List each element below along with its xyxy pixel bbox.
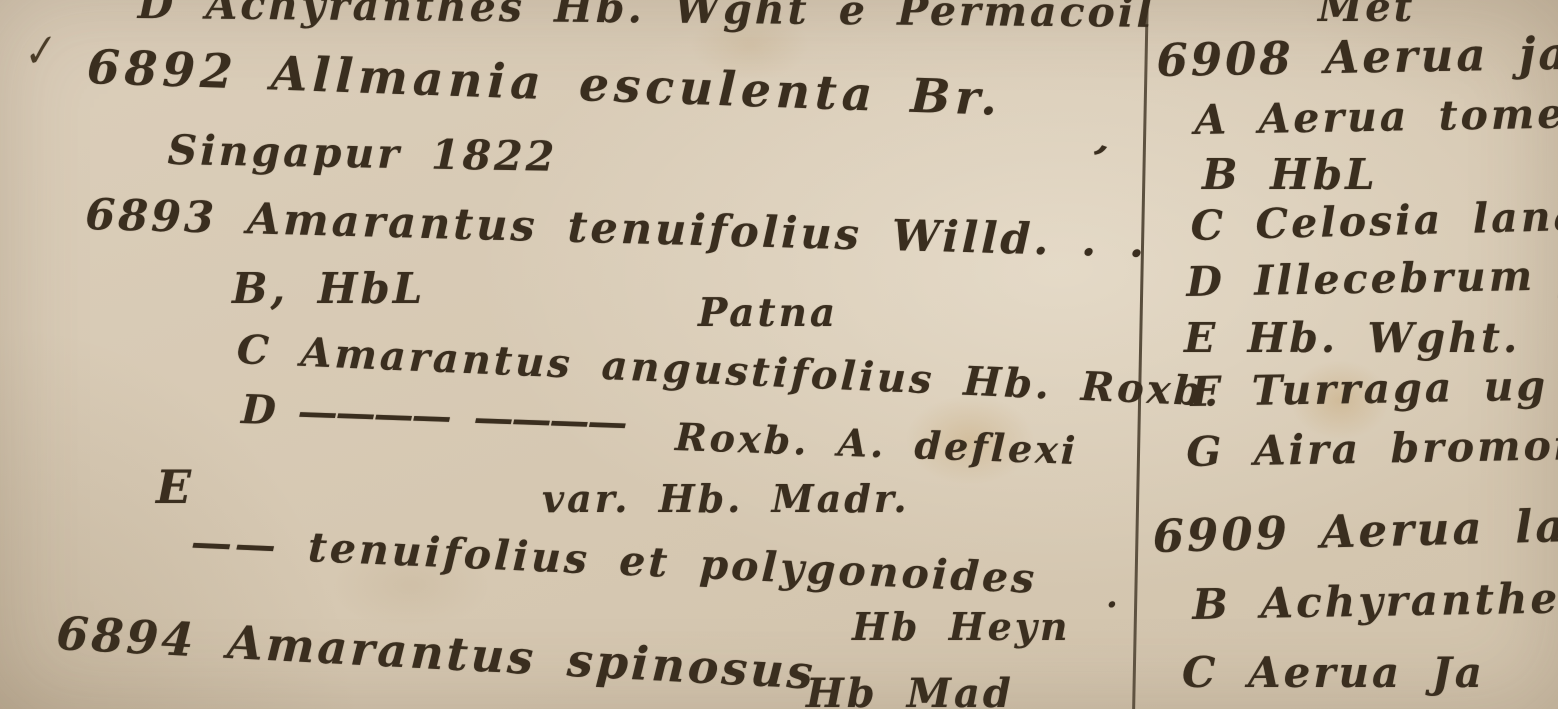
entry-6909-b-line: B Achyranthes (1192, 573, 1558, 629)
entry-6893-e-line: —— tenuifolius et polygonoides (190, 518, 1038, 603)
column-divider-line (1132, 0, 1149, 709)
entry-6894-source-line: Hb Mad (806, 670, 1014, 709)
entry-6893-e-source-line: Hb Heyn (852, 604, 1071, 649)
right-top-partial-line: Met (1318, 0, 1415, 31)
left-top-partial-line: D Achyranthes Hb. Wght e Permacoil (138, 0, 1156, 37)
stray-ink-tick: ʼ (1082, 136, 1114, 186)
entry-6908-c-line: C Celosia lanat (1190, 191, 1558, 250)
checkmark-icon: ✓ (16, 25, 63, 78)
entry-6908-g-line: G Aira bromoid (1186, 421, 1558, 476)
entry-6893-d-detail-line: Roxb. A. deflexi (674, 414, 1079, 473)
entry-6893-d-var-line: var. Hb. Madr. (542, 476, 910, 521)
entry-6908-d-line: D Illecebrum ja (1186, 251, 1558, 306)
manuscript-page: ✓ D Achyranthes Hb. Wght e Permacoil 689… (0, 0, 1558, 709)
entry-6909-line: 6909 Aerua lan (1152, 498, 1558, 563)
entry-6908-f-line: F Turraga ug (1190, 362, 1548, 416)
entry-6892-locality-line: Singapur 1822 (167, 126, 557, 181)
entry-6908-a-line: A Aerua toment (1194, 89, 1558, 144)
entry-6893-line: 6893 Amarantus tenuifolius Willd. . . (85, 190, 1148, 268)
entry-6908-b-line: B HbL (1202, 150, 1378, 199)
stray-ink-dot: . (1106, 576, 1121, 616)
entry-6893-b-locality-line: Patna (698, 290, 838, 336)
entry-6893-b-line: B, HbL (232, 264, 425, 313)
entry-6894-line: 6894 Amarantus spinosus (55, 606, 817, 700)
entry-6908-line: 6908 Aerua jav (1156, 26, 1558, 87)
entry-6908-e-line: E Hb. Wght. (1184, 314, 1520, 362)
entry-6909-c-line: C Aerua Ja (1182, 648, 1485, 697)
entry-6892-line: 6892 Allmania esculenta Br. (86, 40, 1003, 127)
entry-6893-d-ditto-line: D ———— ———— (240, 386, 626, 446)
entry-6893-e-letter: E (156, 460, 194, 514)
